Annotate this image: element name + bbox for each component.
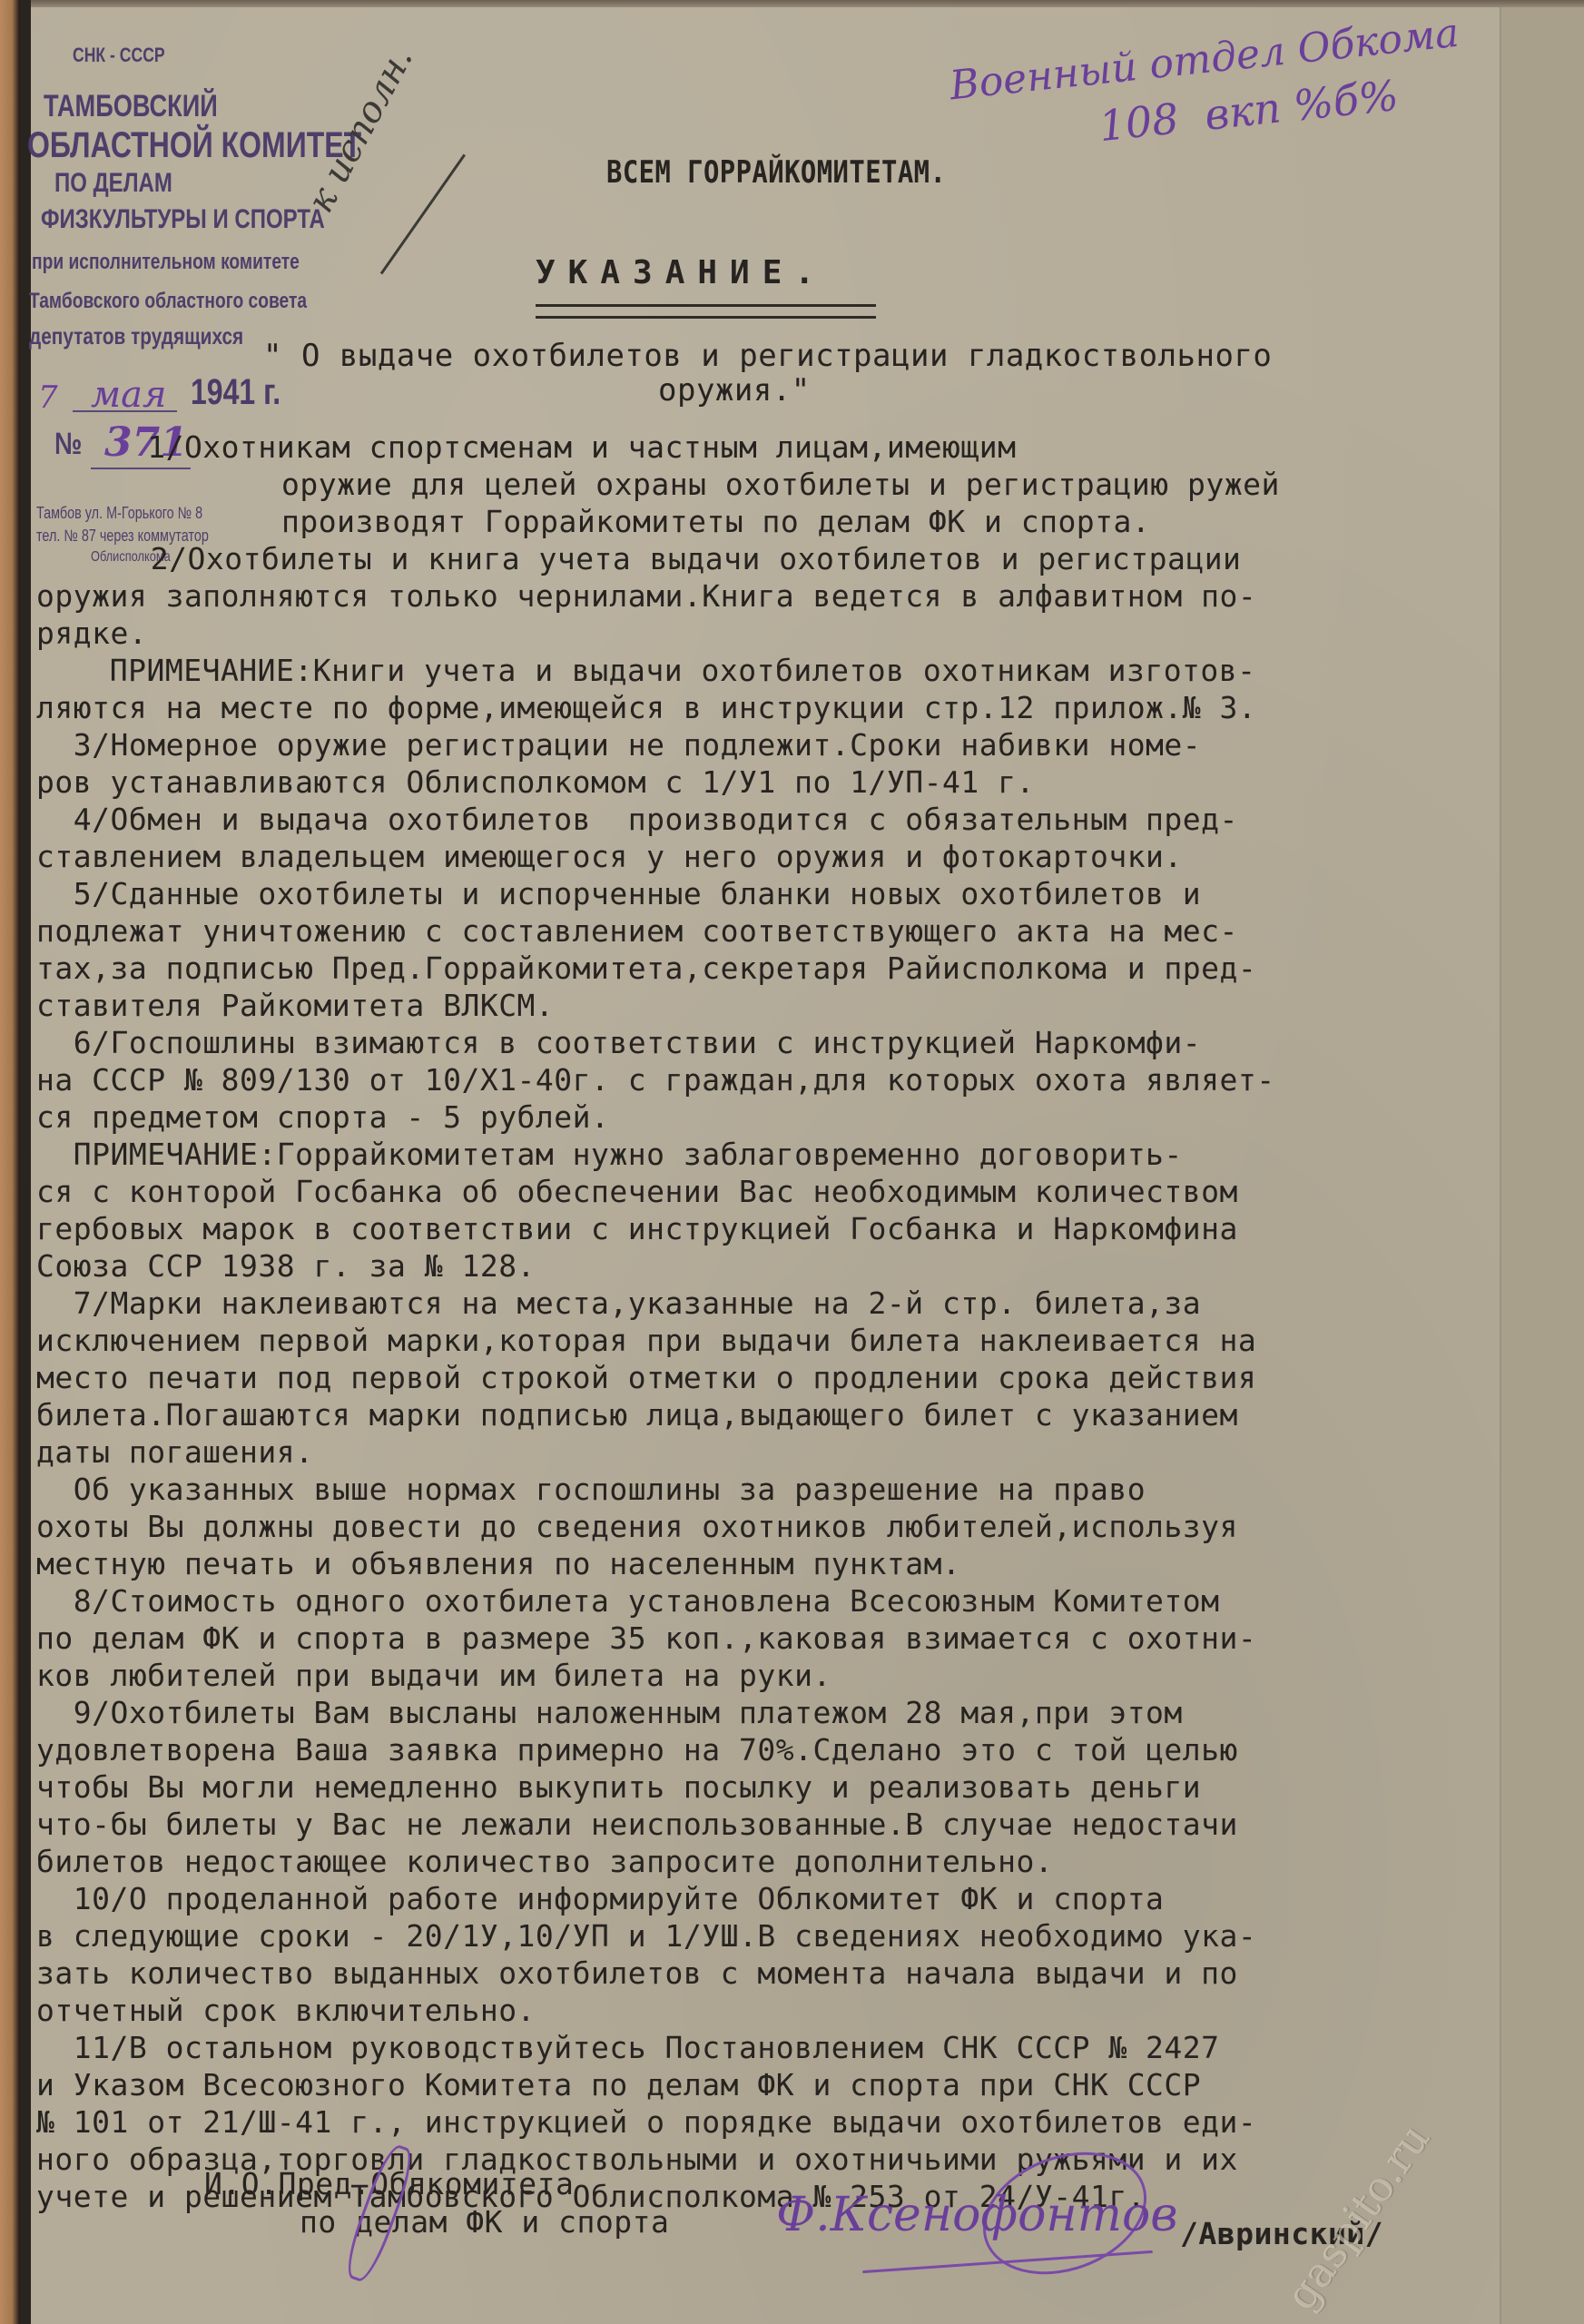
body-line: ляются на месте по форме,имеющейся в инс…	[36, 689, 1275, 726]
stamp-line-committee: ОБЛАСТНОЙ КОМИТЕТ	[27, 125, 361, 166]
body-line: ставлением владельцем имеющегося у него …	[36, 838, 1275, 875]
body-line: ров устанавливаются Облисполкомом с 1/У1…	[36, 763, 1275, 801]
body-line: рядке.	[36, 615, 1275, 652]
body-line: ПРИМЕЧАНИЕ:Книги учета и выдачи охотбиле…	[73, 652, 1312, 689]
body-line: по делам ФК и спорта в размере 35 коп.,к…	[36, 1620, 1275, 1657]
body-line: 11/В остальном руководствуйтесь Постанов…	[36, 2029, 1275, 2066]
body-line: ся предметом спорта - 5 рублей.	[36, 1098, 1275, 1136]
body-line: билета.Погашаются марки подписью лица,вы…	[36, 1396, 1275, 1433]
signature-handwriting: Ф.Ксенофонтов	[776, 2188, 1178, 2242]
body-line: охоты Вы должны довести до сведения охот…	[36, 1508, 1275, 1545]
stamp-line-sport: ФИЗКУЛЬТУРЫ И СПОРТА	[41, 204, 325, 235]
stamp-line-exec: при исполнительном комитете	[32, 250, 300, 275]
body-line: ков любителей при выдачи им билета на ру…	[36, 1657, 1275, 1694]
body-line: удовлетворена Ваша заявка примерно на 70…	[36, 1731, 1275, 1768]
body-line: № 101 от 21/Ш-41 г., инструкцией о поряд…	[36, 2103, 1275, 2141]
body-line: ся с конторой Госбанка об обеспечении Ва…	[36, 1173, 1275, 1210]
scan-edge	[0, 0, 20, 2324]
body-line: что-бы билеты у Вас не лежали неиспользо…	[36, 1806, 1275, 1843]
body-line: даты погашения.	[36, 1433, 1275, 1471]
stamp-line-tambov: ТАМБОВСКИЙ	[44, 89, 218, 124]
body-line: в следующие сроки - 20/1У,10/УП и 1/УШ.В…	[36, 1917, 1275, 1955]
body-line: ставителя Райкомитета ВЛКСМ.	[36, 987, 1275, 1024]
document-body: 1/Охотникам спортсменам и частным лицам,…	[36, 428, 1275, 2215]
addressee: ВСЕМ ГОРРАЙКОМИТЕТАМ.	[606, 154, 946, 191]
document-title: УКАЗАНИЕ.	[536, 254, 827, 291]
subject-line-2: оружия."	[658, 372, 811, 409]
body-line: 1/Охотникам спортсменам и частным лицам,…	[36, 428, 1275, 466]
body-line: 9/Охотбилеты Вам высланы наложенным плат…	[36, 1694, 1275, 1731]
body-line: гербовых марок в соответствии с инструкц…	[36, 1210, 1275, 1247]
body-line: 7/Марки наклеиваются на места,указанные …	[36, 1285, 1275, 1322]
body-line: 6/Госпошлины взимаются в соответствии с …	[36, 1024, 1275, 1061]
body-line: 10/О проделанной работе информируйте Обл…	[36, 1880, 1275, 1917]
body-line: 4/Обмен и выдача охотбилетов производитс…	[36, 801, 1275, 838]
body-line: местную печать и объявления по населенны…	[36, 1545, 1275, 1582]
body-line: и Указом Всесоюзного Комитета по делам Ф…	[36, 2066, 1275, 2103]
body-line: 2/Охотбилеты и книга учета выдачи охотби…	[113, 540, 1353, 577]
body-line: подлежат уничтожению с составлением соот…	[36, 912, 1275, 950]
body-line: зать количество выданных охотбилетов с м…	[36, 1955, 1275, 1992]
body-line: Союза ССР 1938 г. за № 128.	[36, 1247, 1275, 1285]
stamp-line-affairs: ПО ДЕЛАМ	[54, 168, 172, 199]
stamp-line-snk: СНК - СССР	[73, 44, 165, 67]
date-underline	[73, 410, 177, 412]
page-overlap-strip	[1500, 7, 1584, 2324]
body-line: 8/Стоимость одного охотбилета установлен…	[36, 1582, 1275, 1620]
body-line: оружие для целей охраны охотбилеты и рег…	[281, 466, 1520, 503]
body-line: 3/Номерное оружие регистрации не подлежи…	[36, 726, 1275, 763]
body-line: на СССР № 809/130 от 10/Х1-40г. с гражда…	[36, 1061, 1275, 1098]
body-line: исключением первой марки,которая при выд…	[36, 1322, 1275, 1359]
body-line: Об указанных выше нормах госпошлины за р…	[36, 1471, 1275, 1508]
date-day: 7	[38, 379, 58, 416]
title-underline	[536, 304, 876, 319]
body-line: отчетный срок включительно.	[36, 1992, 1275, 2029]
stamp-line-council: Тамбовского областного совета	[29, 289, 307, 314]
body-line: тах,за подписью Пред.Горрайкомитета,секр…	[36, 950, 1275, 987]
body-line: 5/Сданные охотбилеты и испорченные бланк…	[36, 875, 1275, 912]
body-line: чтобы Вы могли немедленно выкупить посыл…	[36, 1768, 1275, 1806]
date-year: 1941 г.	[191, 372, 280, 413]
stamp-line-deputies: депутатов трудящихся	[29, 322, 243, 350]
body-line: билетов недостающее количество запросите…	[36, 1843, 1275, 1880]
body-line: оружия заполняются только чернилами.Книг…	[36, 577, 1275, 615]
body-line: производят Горрайкомитеты по делам ФК и …	[281, 503, 1520, 540]
body-line: место печати под первой строкой отметки …	[36, 1359, 1275, 1396]
subject-line-1: " О выдаче охотбилетов и регистрации гла…	[263, 338, 1272, 374]
body-line: ПРИМЕЧАНИЕ:Горрайкомитетам нужно заблаго…	[36, 1136, 1275, 1173]
